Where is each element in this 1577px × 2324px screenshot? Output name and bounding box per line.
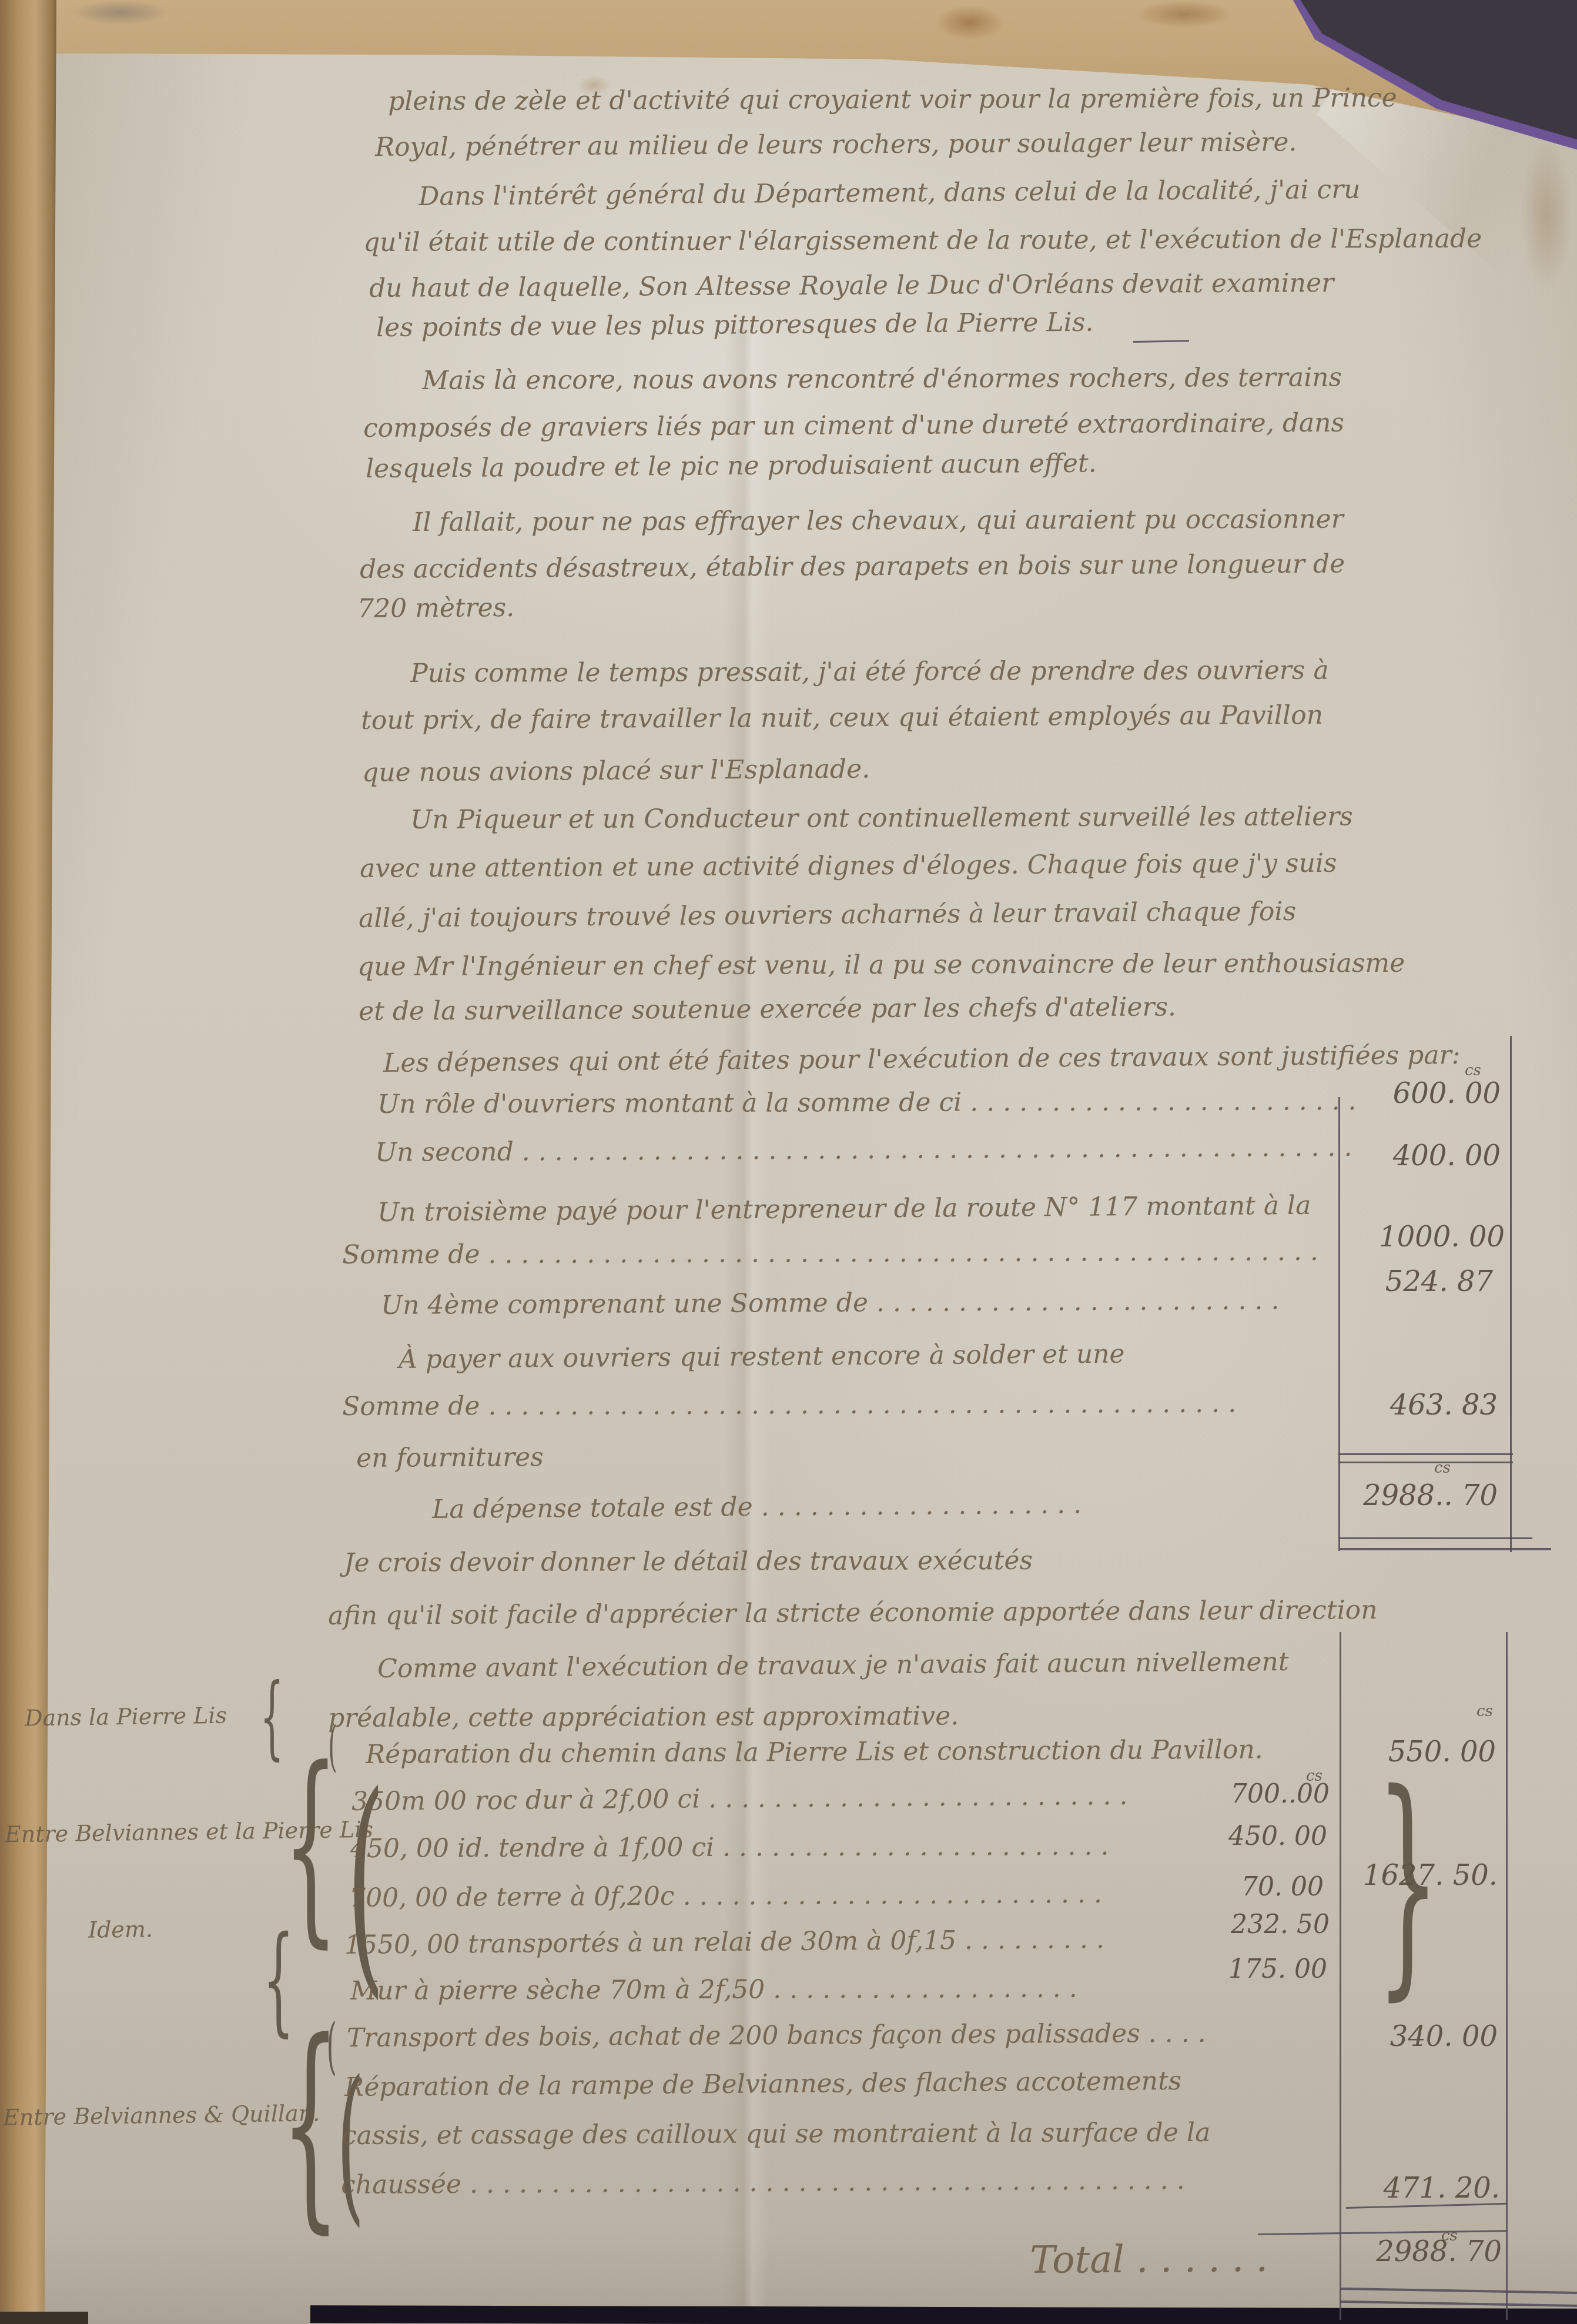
manuscript-line: afin qu'il soit facile d'apprécier la st… (328, 1597, 1378, 1630)
manuscript-line: pleins de zèle et d'activité qui croyaie… (388, 85, 1397, 115)
ledger2-subamount: 450. 00 (1116, 1821, 1327, 1851)
stain-blotch (1520, 139, 1573, 292)
grouping-brace: ( (327, 2020, 337, 2072)
ledger-rule-line (1340, 1548, 1551, 1550)
manuscript-line: en fournitures (356, 1444, 544, 1472)
ledger2-subamount: 700..00 (1118, 1779, 1330, 1809)
margin-location-note: Entre Belviannes et la Pierre Lis (5, 1817, 373, 1848)
manuscript-line: Dans l'intérêt général du Département, d… (418, 176, 1361, 210)
ledger-rule-line (1338, 1537, 1532, 1539)
ledger1-amount: 524. 87 (1281, 1265, 1493, 1298)
manuscript-line: cassis, et cassage des cailloux qui se m… (342, 2119, 1210, 2149)
manuscript-line: Comme avant l'exécution de travaux je n'… (377, 1648, 1289, 1683)
manuscript-line: chaussée . . . . . . . . . . . . . . . .… (341, 2167, 1185, 2199)
currency-superscript: cs (1306, 1767, 1322, 1785)
manuscript-line: Somme de . . . . . . . . . . . . . . . .… (342, 1238, 1318, 1269)
currency-superscript: cs (1434, 1459, 1451, 1477)
manuscript-line: Transport des bois, achat de 200 bancs f… (347, 2020, 1206, 2052)
ledger1-amount: 463. 83 (1286, 1389, 1498, 1422)
ledger1-amount: 400. 00 (1289, 1139, 1501, 1172)
manuscript-line: 450, 00 id. tendre à 1f,00 ci . . . . . … (350, 1833, 1109, 1862)
margin-location-note: Entre Belviannes & Quillan. (3, 2100, 320, 2131)
manuscript-line: du haut de laquelle, Son Altesse Royale … (369, 270, 1334, 302)
manuscript-line: allé, j'ai toujours trouvé les ouvriers … (359, 898, 1296, 932)
backdrop-bottom-band (310, 2305, 1577, 2324)
manuscript-photo: {{{{}(((( pleins de zèle et d'activité q… (0, 0, 1577, 2324)
manuscript-line: La dépense totale est de . . . . . . . .… (432, 1492, 1082, 1524)
ledger2-subamount: 175. 00 (1116, 1954, 1327, 1984)
ledger1-amount: 600. 00 (1289, 1077, 1501, 1110)
manuscript-line: préalable, cette appréciation est approx… (328, 1703, 959, 1732)
manuscript-line: 700, 00 de terre à 0f,20c . . . . . . . … (349, 1881, 1102, 1912)
ledger1-amount: 2988.. 70 (1286, 1479, 1498, 1512)
manuscript-line: Un 4ème comprenant une Somme de . . . . … (381, 1287, 1279, 1319)
ledger-rule-line (1338, 1462, 1513, 1463)
manuscript-line: les points de vue les plus pittoresques … (376, 309, 1094, 342)
currency-superscript: cs (1476, 1703, 1493, 1720)
grouping-brace: { (260, 1679, 284, 1755)
ledger2-amount: 550. 00 (1284, 1736, 1496, 1768)
manuscript-line: Un troisième payé pour l'entrepreneur de… (377, 1192, 1311, 1226)
stain-blotch (1134, 0, 1234, 28)
manuscript-line: Réparation de la rampe de Belviannes, de… (344, 2068, 1181, 2101)
ledger2-amount: 2988. 70 (1290, 2235, 1502, 2268)
stain-blotch (935, 5, 1005, 40)
manuscript-line: Somme de . . . . . . . . . . . . . . . .… (342, 1390, 1236, 1420)
stain-blotch (71, 0, 170, 25)
manuscript-line: Il fallait, pour ne pas effrayer les che… (413, 506, 1344, 536)
manuscript-line: que nous avions placé sur l'Esplanade. (362, 755, 870, 787)
backdrop-bottom-left (0, 2312, 88, 2324)
manuscript-line: Royal, pénétrer au milieu de leurs roche… (375, 129, 1297, 161)
currency-superscript: cs (1465, 1062, 1481, 1079)
manuscript-line: Un second . . . . . . . . . . . . . . . … (375, 1134, 1352, 1166)
manuscript-line: Puis comme le temps pressait, j'ai été f… (410, 657, 1329, 688)
manuscript-line: que Mr l'Ingénieur en chef est venu, il … (357, 950, 1405, 981)
manuscript-line: des accidents désastreux, établir des pa… (360, 551, 1345, 584)
ledger2-subamount: 70. 00 (1112, 1872, 1324, 1902)
manuscript-line: Je crois devoir donner le détail des tra… (344, 1547, 1033, 1577)
manuscript-line: Total . . . . . . (1030, 2239, 1268, 2280)
ledger2-amount: 471. 20. (1288, 2172, 1500, 2205)
manuscript-line: 720 mètres. (357, 594, 514, 623)
manuscript-line: composés de graviers liés par un ciment … (363, 410, 1344, 443)
manuscript-line: et de la surveillance soutenue exercée p… (359, 994, 1176, 1025)
ledger-rule-line (1338, 1453, 1513, 1455)
ledger-rule-line (1510, 1036, 1512, 1552)
manuscript-line: Réparation du chemin dans la Pierre Lis … (366, 1736, 1263, 1768)
ledger1-amount: 1000. 00 (1293, 1220, 1505, 1253)
manuscript-line: 1550, 00 transportés à un relai de 30m à… (344, 1926, 1104, 1959)
margin-location-note: Dans la Pierre Lis (25, 1703, 227, 1731)
vertical-fold-crease (724, 329, 770, 2310)
manuscript-line: 350m 00 roc dur à 2f,00 ci . . . . . . .… (351, 1783, 1128, 1815)
manuscript-line: Un rôle d'ouvriers montant à la somme de… (377, 1088, 1357, 1118)
grouping-brace: { (283, 1757, 339, 1933)
manuscript-line: Mur à pierre sèche 70m à 2f,50 . . . . .… (350, 1975, 1077, 2005)
ledger2-amount: 340. 00 (1286, 2020, 1498, 2053)
margin-location-note: Idem. (88, 1916, 153, 1943)
ledger2-subamount: 232. 50 (1118, 1910, 1330, 1940)
manuscript-line: lesquels la poudre et le pic ne produisa… (366, 450, 1097, 483)
manuscript-line: qu'il était utile de continuer l'élargis… (363, 225, 1482, 256)
manuscript-line: avec une attention et une activité digne… (360, 850, 1337, 882)
ledger-rule-line (1506, 1632, 1508, 2320)
currency-superscript: cs (1441, 2227, 1458, 2245)
manuscript-line: tout prix, de faire travailler la nuit, … (361, 702, 1323, 734)
manuscript-line: Un Piqueur et un Conducteur ont continue… (410, 803, 1353, 834)
manuscript-line: Mais là encore, nous avons rencontré d'é… (422, 365, 1342, 395)
manuscript-line: À payer aux ouvriers qui restent encore … (399, 1341, 1125, 1374)
